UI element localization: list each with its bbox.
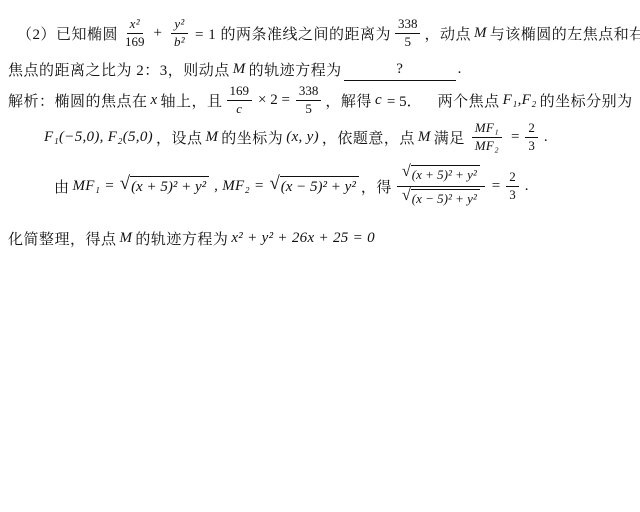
get-text: ，得: [361, 176, 392, 197]
point-M-symbol: M: [120, 230, 133, 247]
fraction-denominator: 3: [525, 138, 538, 154]
sqrt-MF1-expression: √ (x + 5)² + y²: [120, 176, 209, 197]
coordinate-text: 的坐标为: [221, 127, 283, 148]
fraction-numerator: 2: [506, 170, 519, 187]
fraction-338-5: 338 5: [395, 17, 421, 50]
foci-symbols: F₁,F₂: [503, 92, 537, 109]
ratio-text: 焦点的距离之比为 2：3，则动点: [8, 59, 230, 80]
solution-line-1: 解析：椭圆的焦点在 x 轴上，且 169 c × 2 = 338 5 ，解得 c…: [8, 82, 634, 118]
fraction-numerator: √ (x + 5)² + y²: [397, 165, 485, 186]
fraction-denominator: 5: [401, 34, 414, 50]
fraction-denominator: c: [233, 101, 245, 117]
radical-icon: √: [402, 187, 411, 204]
simplify-text: 化简整理，得点: [8, 228, 117, 249]
point-M-symbol: M: [474, 25, 487, 42]
answer-blank: ?: [344, 61, 456, 81]
c-value: = 5．: [387, 90, 422, 111]
problem-intro-text: （2）已知椭圆: [17, 23, 118, 44]
radical-icon: √: [269, 174, 279, 194]
fraction-numerator: y²: [171, 17, 187, 34]
fraction-denominator: b²: [171, 34, 188, 50]
plus-operator: +: [154, 25, 162, 42]
problem-line-2: 焦点的距离之比为 2：3，则动点 M 的轨迹方程为 ? .: [8, 56, 634, 82]
c-symbol: c: [375, 92, 382, 109]
fraction-y2-b2: y² b²: [168, 17, 191, 50]
point-M-symbol: M: [418, 129, 431, 146]
foci-coordinates: F₁(−5,0), F₂(5,0): [44, 129, 153, 146]
MF1-equals: MF₁ =: [73, 178, 115, 195]
fraction-numerator: 169: [227, 84, 253, 101]
solution-line-3: 由 MF₁ = √ (x + 5)² + y² , MF₂ = √ (x − 5…: [54, 156, 634, 216]
according-text: ，依题意，点: [322, 127, 415, 148]
conclusion-line: 化简整理，得点 M 的轨迹方程为 x² + y² + 26x + 25 = 0: [8, 220, 634, 256]
equals-operator: =: [511, 129, 519, 146]
solution-line-2: F₁(−5,0), F₂(5,0) ，设点 M 的坐标为 (x, y) ，依题意…: [41, 118, 634, 156]
foci-text: 与该椭圆的左焦点和右: [490, 23, 640, 44]
fraction-x2-169: x² 169: [122, 17, 148, 50]
MF2-equals: , MF₂ =: [214, 178, 264, 195]
radicand: (x − 5)² + y²: [411, 189, 480, 207]
xy-coordinates: (x, y): [286, 129, 319, 146]
fraction-numerator: x²: [127, 17, 143, 34]
trajectory-text: 的轨迹方程为: [249, 59, 342, 80]
radicand: (x + 5)² + y²: [411, 165, 480, 183]
equals-operator: =: [492, 178, 500, 195]
set-point-text: ，设点: [156, 127, 203, 148]
fraction-numerator: 338: [395, 17, 421, 34]
fraction-2-3: 2 3: [525, 121, 538, 154]
fraction-MF1-MF2: MF₁ MF₂: [469, 121, 505, 154]
radical-icon: √: [120, 174, 130, 194]
radicand: (x − 5)² + y²: [280, 176, 359, 197]
two-foci-text: 两个焦点: [438, 90, 500, 111]
sqrt-denominator: √ (x − 5)² + y²: [402, 189, 480, 207]
directrix-distance-text: = 1 的两条准线之间的距离为: [195, 23, 391, 44]
from-text: 由: [54, 176, 70, 197]
period: .: [544, 129, 548, 146]
times-equals-operator: × 2 =: [258, 92, 290, 109]
period: .: [525, 178, 529, 195]
x-axis-symbol: x: [151, 92, 158, 109]
fraction-denominator: 169: [122, 34, 148, 50]
sqrt-numerator: √ (x + 5)² + y²: [402, 165, 480, 183]
radical-icon: √: [402, 163, 411, 180]
trajectory-equation-text: 的轨迹方程为: [135, 228, 228, 249]
satisfies-text: 满足: [434, 127, 465, 148]
final-equation: x² + y² + 26x + 25 = 0: [231, 230, 375, 247]
radicand: (x + 5)² + y²: [130, 176, 209, 197]
fraction-338-5: 338 5: [296, 84, 322, 117]
fraction-denominator: 5: [302, 101, 315, 117]
analysis-label: 解析：椭圆的焦点在: [8, 90, 148, 111]
fraction-numerator: 338: [296, 84, 322, 101]
fraction-2-3: 2 3: [506, 170, 519, 203]
fraction-denominator: 3: [506, 187, 519, 203]
fraction-sqrt-ratio: √ (x + 5)² + y² √ (x − 5)² + y²: [397, 165, 485, 207]
fraction-169-c: 169 c: [227, 84, 253, 117]
point-M-symbol: M: [205, 129, 218, 146]
solve-text: ，解得: [325, 90, 372, 111]
period: .: [458, 61, 462, 78]
fraction-denominator: MF₂: [472, 138, 502, 154]
problem-line-1: （2）已知椭圆 x² 169 + y² b² = 1 的两条准线之间的距离为 3…: [17, 10, 634, 56]
point-M-symbol: M: [233, 61, 246, 78]
fraction-denominator: √ (x − 5)² + y²: [397, 187, 485, 207]
fraction-numerator: 2: [525, 121, 538, 138]
sqrt-MF2-expression: √ (x − 5)² + y²: [269, 176, 358, 197]
axis-text: 轴上，且: [160, 90, 222, 111]
moving-point-text: ，动点: [424, 23, 471, 44]
coordinates-text: 的坐标分别为: [540, 90, 633, 111]
fraction-numerator: MF₁: [472, 121, 502, 138]
math-solution-document: （2）已知椭圆 x² 169 + y² b² = 1 的两条准线之间的距离为 3…: [0, 0, 640, 512]
